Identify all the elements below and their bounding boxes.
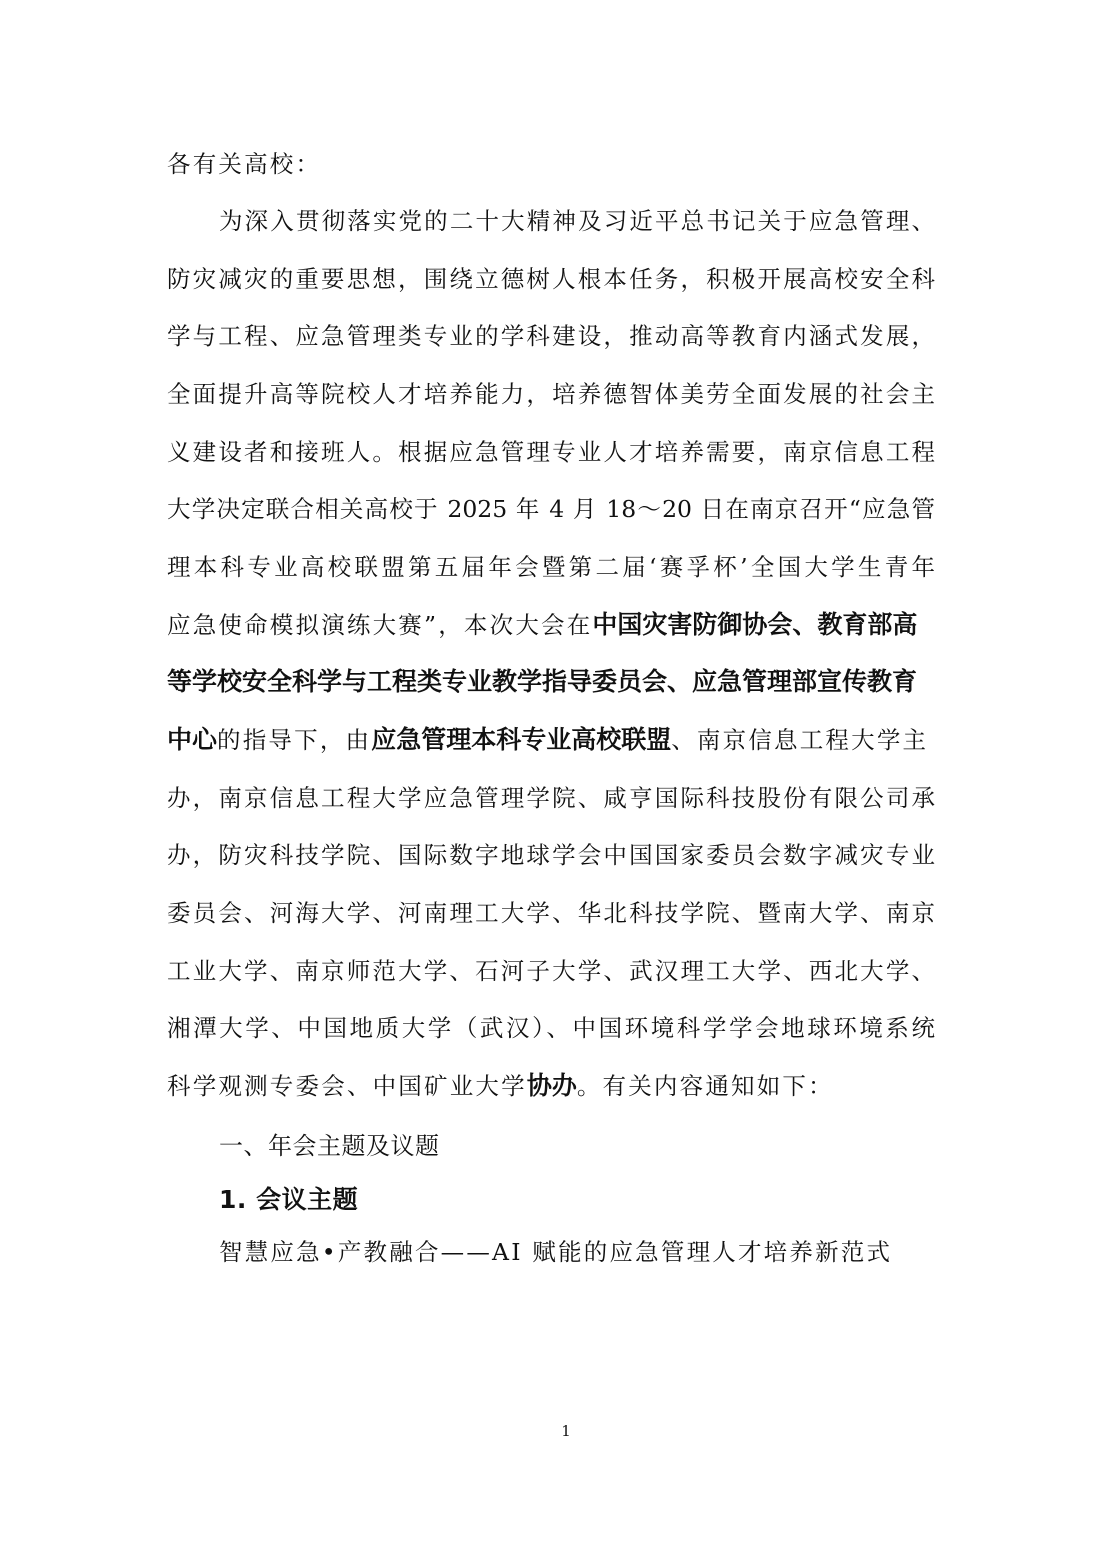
normal-text: 的指导下，由: [217, 726, 371, 754]
normal-text: 、南京信息工程大学主: [671, 726, 928, 754]
paragraph-line: 全面提升高等院校人才培养能力，培养德智体美劳全面发展的社会主: [167, 374, 935, 414]
bold-organization-text: 中心: [167, 725, 217, 754]
paragraph-line: 防灾减灾的重要思想，围绕立德树人根本任务，积极开展高校安全科: [167, 259, 935, 299]
paragraph-line-mixed: 中心的指导下，由应急管理本科专业高校联盟、南京信息工程大学主: [167, 720, 935, 760]
paragraph-line: 义建设者和接班人。根据应急管理专业人才培养需要，南京信息工程: [167, 432, 935, 472]
bold-organization-line: 等学校安全科学与工程类专业教学指导委员会、应急管理部宣传教育: [167, 662, 935, 702]
paragraph-line: 为深入贯彻落实党的二十大精神及习近平总书记关于应急管理、: [219, 201, 935, 241]
paragraph-line-mixed: 科学观测专委会、中国矿业大学协办。有关内容通知如下：: [167, 1066, 935, 1106]
paragraph-line: 学与工程、应急管理类专业的学科建设，推动高等教育内涵式发展，: [167, 316, 935, 356]
paragraph-line: 理本科专业高校联盟第五届年会暨第二届‘赛孚杯’全国大学生青年: [167, 547, 935, 587]
paragraph-line: 大学决定联合相关高校于 2025 年 4 月 18～20 日在南京召开“应急管: [167, 489, 935, 529]
normal-text: 应急使命模拟演练大赛”，本次大会在: [167, 611, 592, 639]
section-heading: 一、年会主题及议题: [219, 1126, 935, 1166]
bold-organization-text: 中国灾害防御协会、教育部高: [592, 610, 917, 639]
bold-organization-text: 应急管理本科专业高校联盟: [371, 725, 671, 754]
normal-text: 科学观测专委会、中国矿业大学: [167, 1072, 527, 1100]
paragraph-line: 工业大学、南京师范大学、石河子大学、武汉理工大学、西北大学、: [167, 951, 935, 991]
paragraph-line: 委员会、河海大学、河南理工大学、华北科技学院、暨南大学、南京: [167, 893, 935, 933]
subsection-heading: 1. 会议主题: [219, 1180, 935, 1220]
document-page: 各有关高校： 为深入贯彻落实党的二十大精神及习近平总书记关于应急管理、 防灾减灾…: [0, 0, 1102, 1559]
bold-text: 协办: [527, 1071, 577, 1100]
paragraph-line: 办，防灾科技学院、国际数字地球学会中国国家委员会数字减灾专业: [167, 835, 935, 875]
paragraph-line: 湘潭大学、中国地质大学（武汉）、中国环境科学学会地球环境系统: [167, 1008, 935, 1048]
paragraph-line-mixed: 应急使命模拟演练大赛”，本次大会在中国灾害防御协会、教育部高: [167, 605, 935, 645]
normal-text: 。有关内容通知如下：: [577, 1072, 834, 1100]
page-number: 1: [551, 1422, 581, 1440]
paragraph-line: 办，南京信息工程大学应急管理学院、咸亨国际科技股份有限公司承: [167, 778, 935, 818]
conference-theme: 智慧应急•产教融合——AI 赋能的应急管理人才培养新范式: [219, 1232, 935, 1272]
salutation: 各有关高校：: [167, 144, 935, 184]
